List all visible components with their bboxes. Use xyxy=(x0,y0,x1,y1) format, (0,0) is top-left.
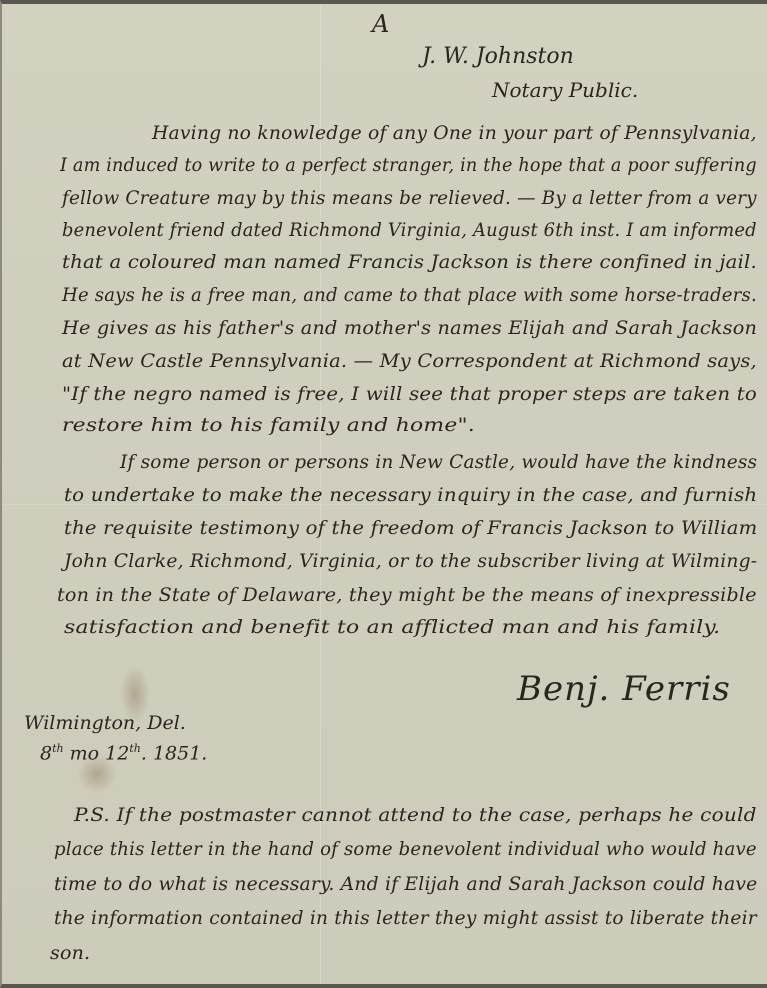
body-line: "If the negro named is free, I will see … xyxy=(62,383,757,405)
date-month-abbr: mo xyxy=(70,742,99,764)
body-line: Having no knowledge of any One in your p… xyxy=(152,122,757,144)
date-year: . 1851. xyxy=(141,742,207,764)
date-month-suffix: th xyxy=(52,742,64,755)
postscript-line: son. xyxy=(50,942,90,964)
body-line: benevolent friend dated Richmond Virgini… xyxy=(62,219,757,241)
date-day: 12 xyxy=(105,742,129,764)
body-line: to undertake to make the necessary inqui… xyxy=(64,484,757,506)
address-name: J. W. Johnston xyxy=(422,44,574,69)
date-day-suffix: th xyxy=(129,742,141,755)
postscript-line: time to do what is necessary. And if Eli… xyxy=(54,873,757,895)
body-line: the requisite testimony of the freedom o… xyxy=(64,517,757,539)
body-line: that a coloured man named Francis Jackso… xyxy=(62,251,757,273)
postscript-line: place this letter in the hand of some be… xyxy=(54,838,757,860)
body-line: at New Castle Pennsylvania. — My Corresp… xyxy=(62,350,757,372)
body-line: If some person or persons in New Castle,… xyxy=(120,451,757,473)
body-line: John Clarke, Richmond, Virginia, or to t… xyxy=(64,550,757,572)
letter-page: A J. W. Johnston Notary Public. Having n… xyxy=(0,0,767,988)
body-line: He says he is a free man, and came to th… xyxy=(62,284,757,306)
date-month: 8 xyxy=(40,742,52,764)
body-line: I am induced to write to a perfect stran… xyxy=(60,154,757,176)
place-line: Wilmington, Del. xyxy=(24,712,186,734)
body-line: ton in the State of Delaware, they might… xyxy=(57,584,757,606)
body-line: satisfaction and benefit to an afflicted… xyxy=(64,616,720,638)
postscript-line: the information contained in this letter… xyxy=(54,907,757,929)
address-to: A xyxy=(372,10,389,38)
address-title: Notary Public. xyxy=(492,78,638,102)
body-line: fellow Creature may by this means be rel… xyxy=(62,187,757,209)
date-line: 8th mo 12th. 1851. xyxy=(40,742,207,764)
postscript-line: P.S. If the postmaster cannot attend to … xyxy=(74,804,757,826)
body-line: He gives as his father's and mother's na… xyxy=(62,317,757,339)
signature: Benj. Ferris xyxy=(517,669,731,709)
body-line: restore him to his family and home". xyxy=(62,414,475,436)
